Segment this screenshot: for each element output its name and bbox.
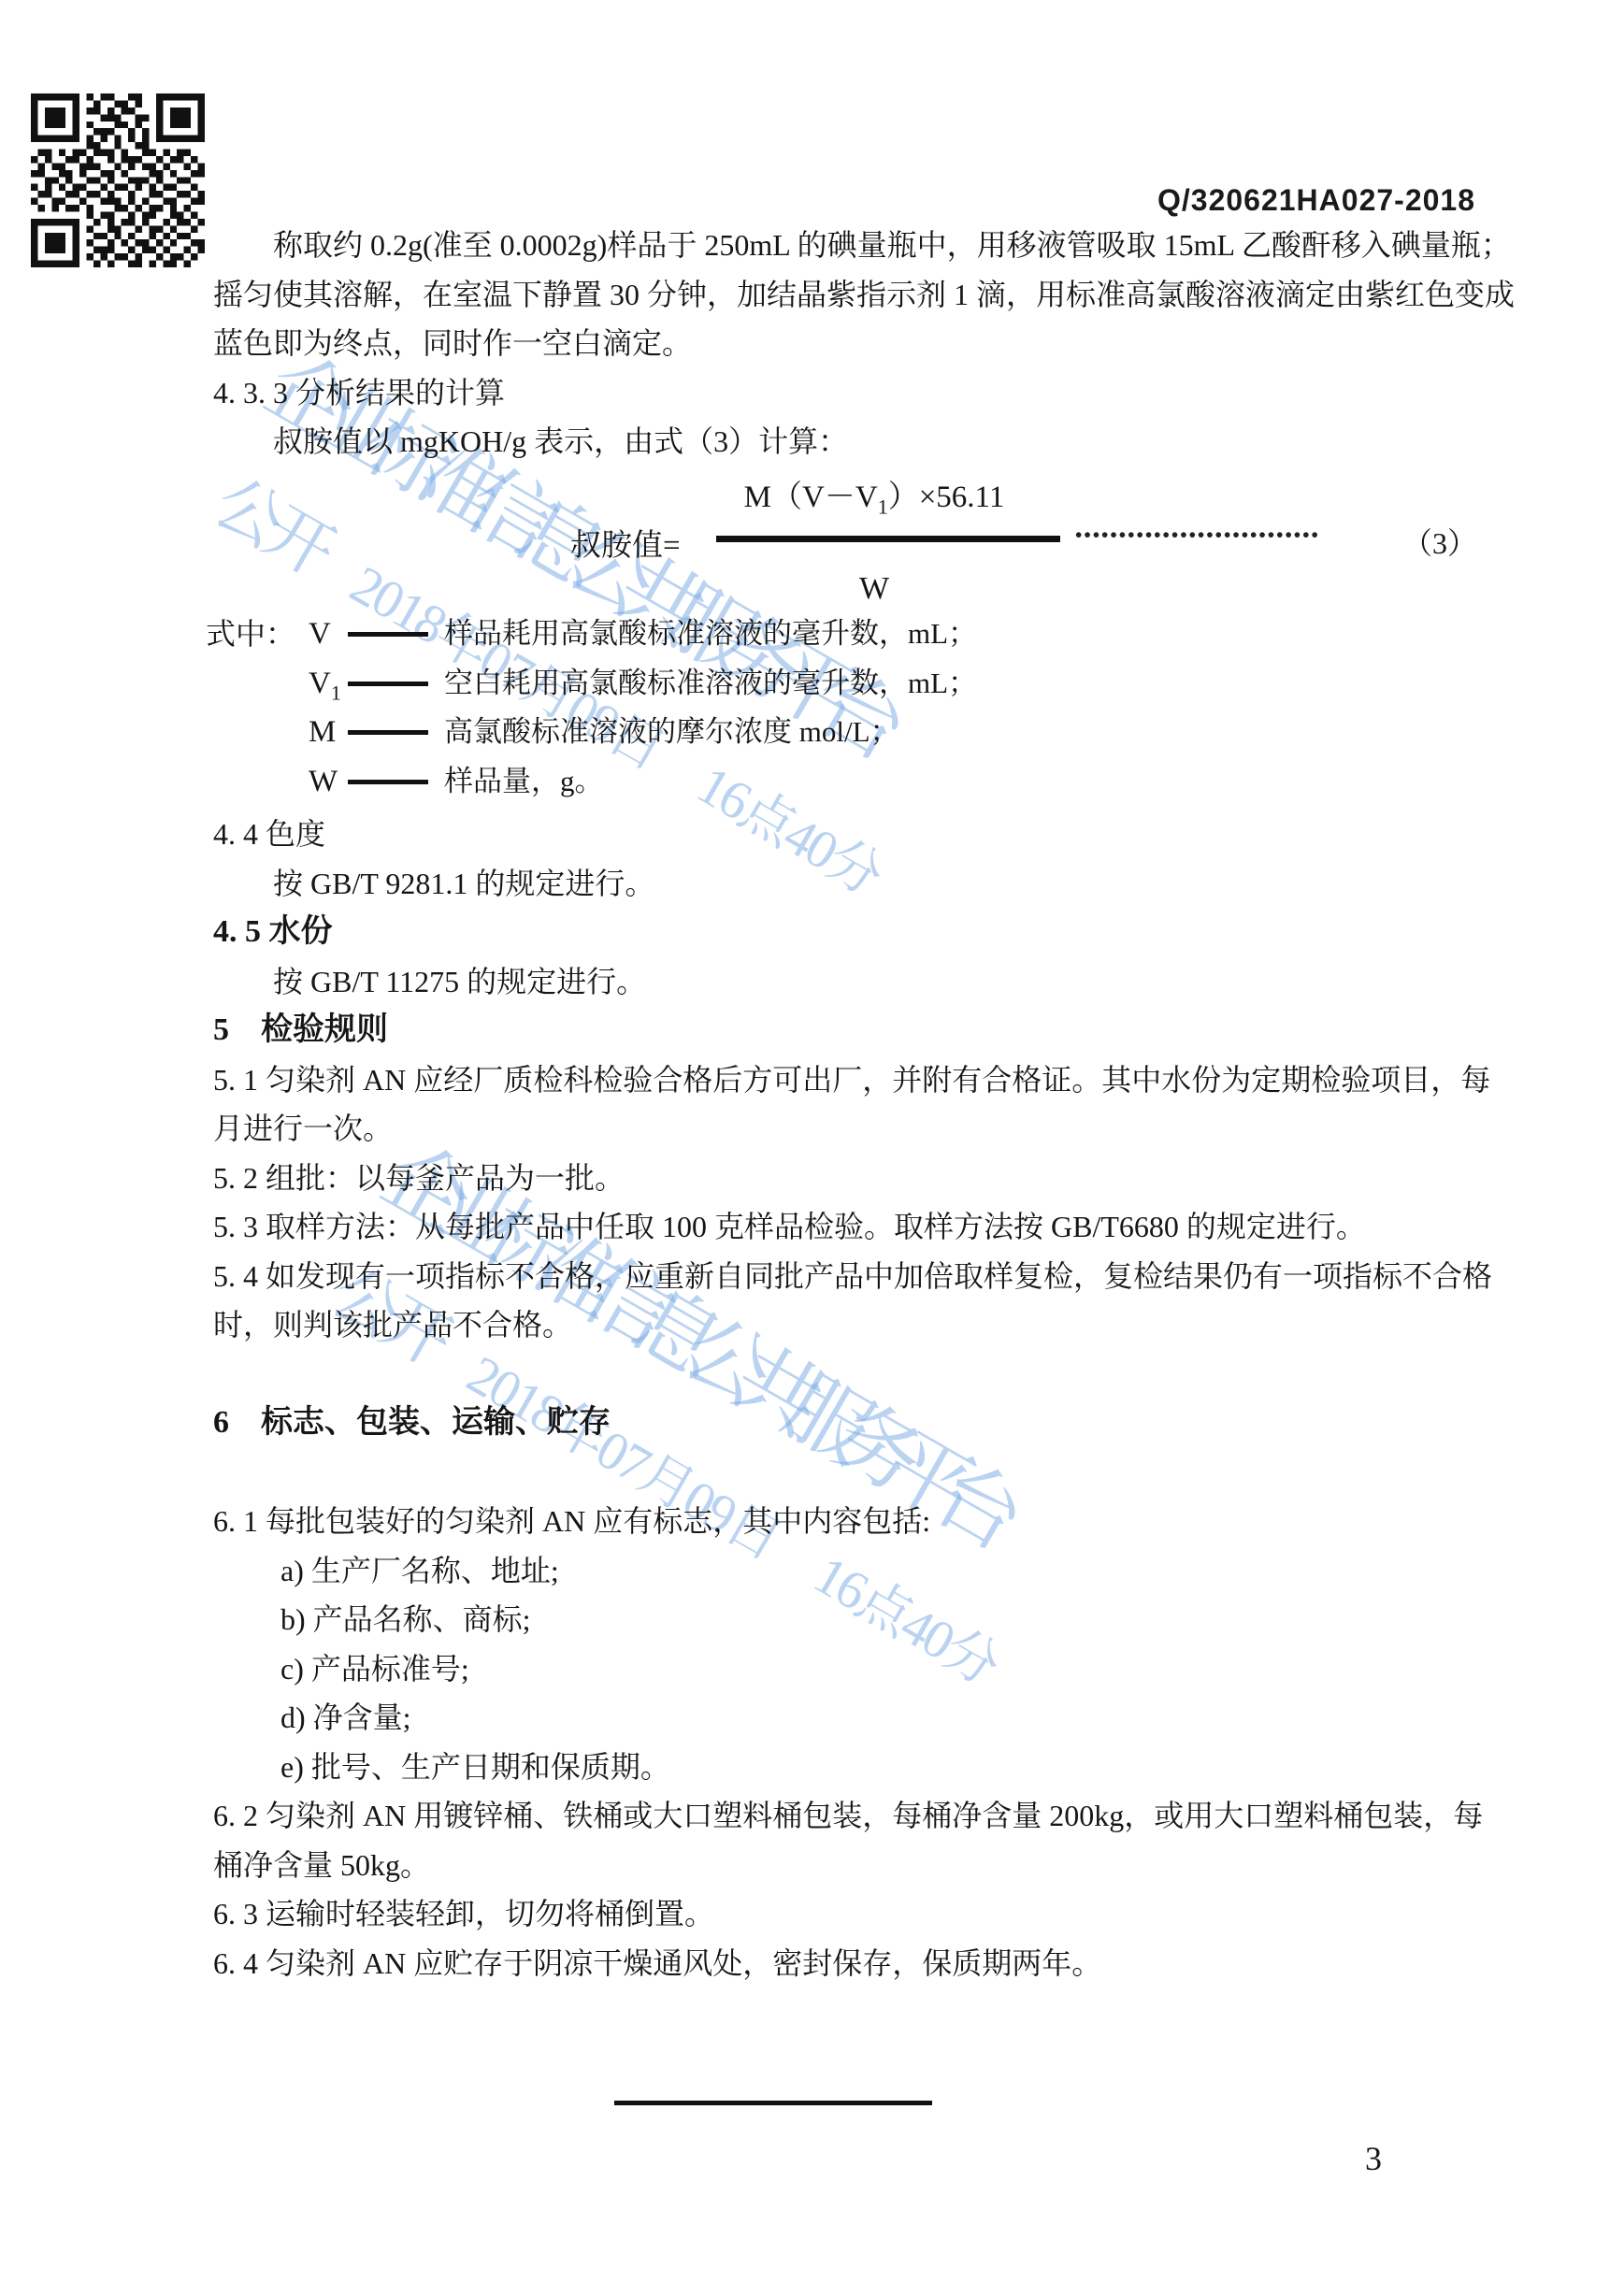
text-line: d) 净含量; <box>213 1693 1503 1743</box>
definition-desc: 空白耗用高氯酸标准溶液的毫升数，mL； <box>444 659 977 709</box>
text-line: 时，则判该批产品不合格。 <box>213 1300 1503 1350</box>
text-line: 蓝色即为终点，同时作一空白滴定。 <box>213 319 1503 368</box>
content-area: 称取约 0.2g(准至 0.0002g)样品于 250mL 的碘量瓶中，用移液管… <box>213 221 1503 1987</box>
blank-line <box>213 515 1503 565</box>
text-line: 叔胺值以 mgKOH/g 表示，由式（3）计算： <box>213 417 1503 466</box>
definition-symbol: M <box>309 708 336 757</box>
definition-row: W样品量，g。 <box>213 757 1503 807</box>
definition-symbol: V <box>309 610 331 659</box>
text-line: 5. 1 匀染剂 AN 应经厂质检科检验合格后方可出厂，并附有合格证。其中水份为… <box>213 1055 1503 1105</box>
definition-dash <box>348 730 428 735</box>
text-line: 4. 3. 3 分析结果的计算 <box>213 368 1503 418</box>
text-line: 6. 2 匀染剂 AN 用镀锌桶、铁桶或大口塑料桶包装，每桶净含量 200kg，… <box>213 1791 1503 1841</box>
footer-rule <box>614 2101 932 2105</box>
text-line: 5. 3 取样方法：从每批产品中任取 100 克样品检验。取样方法按 GB/T6… <box>213 1202 1503 1252</box>
text-line: 6. 1 每批包装好的匀染剂 AN 应有标志，其中内容包括: <box>213 1497 1503 1546</box>
text-line: 4. 5 水份 <box>213 908 1503 957</box>
text-line: 6. 4 匀染剂 AN 应贮存于阴凉干燥通风处，密封保存，保质期两年。 <box>213 1939 1503 1988</box>
definitions-block: 式中：V样品耗用高氯酸标准溶液的毫升数，mL；V1空白耗用高氯酸标准溶液的毫升数… <box>213 610 1503 806</box>
text-line: 按 GB/T 9281.1 的规定进行。 <box>213 859 1503 909</box>
text-line: 4. 4 色度 <box>213 810 1503 859</box>
text-line: 按 GB/T 11275 的规定进行。 <box>213 957 1503 1007</box>
definition-symbol: W <box>309 757 338 807</box>
text-line: 称取约 0.2g(准至 0.0002g)样品于 250mL 的碘量瓶中，用移液管… <box>213 221 1503 270</box>
subscript: 1 <box>331 681 341 704</box>
definition-row: V1空白耗用高氯酸标准溶液的毫升数，mL； <box>213 659 1503 709</box>
blank-line <box>213 1448 1503 1498</box>
text-line: e) 批号、生产日期和保质期。 <box>213 1743 1503 1792</box>
text-line: 摇匀使其溶解，在室温下静置 30 分钟，加结晶紫指示剂 1 滴，用标准高氯酸溶液… <box>213 270 1503 320</box>
definition-row: 式中：V样品耗用高氯酸标准溶液的毫升数，mL； <box>213 610 1503 659</box>
text-line: 桶净含量 50kg。 <box>213 1841 1503 1890</box>
definitions-intro: 式中： <box>206 610 295 659</box>
text-line: 6 标志、包装、运输、贮存 <box>213 1399 1503 1448</box>
blank-line <box>213 1350 1503 1399</box>
definition-desc: 样品耗用高氯酸标准溶液的毫升数，mL； <box>444 610 977 659</box>
qr-code <box>31 93 205 267</box>
page-number: 3 <box>1365 2139 1382 2178</box>
text-line: c) 产品标准号; <box>213 1644 1503 1694</box>
definition-desc: 高氯酸标准溶液的摩尔浓度 mol/L； <box>444 708 899 757</box>
blank-line <box>213 466 1503 516</box>
scanned-standard-page: { "header": { "doc_number": "Q/320621HA0… <box>0 0 1624 2296</box>
definition-desc: 样品量，g。 <box>444 757 604 807</box>
definition-row: M高氯酸标准溶液的摩尔浓度 mol/L； <box>213 708 1503 757</box>
text-line: 月进行一次。 <box>213 1104 1503 1154</box>
text-line: 6. 3 运输时轻装轻卸，切勿将桶倒置。 <box>213 1889 1503 1939</box>
definition-dash <box>348 632 428 637</box>
text-line: 5 检验规则 <box>213 1006 1503 1055</box>
text-line: 5. 4 如发现有一项指标不合格，应重新自同批产品中加倍取样复检，复检结果仍有一… <box>213 1252 1503 1301</box>
doc-number: Q/320621HA027-2018 <box>1157 183 1475 218</box>
text-line: 5. 2 组批：以每釜产品为一批。 <box>213 1154 1503 1203</box>
definition-dash <box>348 682 428 686</box>
definition-dash <box>348 780 428 784</box>
blank-line <box>213 565 1503 614</box>
text-line: b) 产品名称、商标; <box>213 1595 1503 1644</box>
text-line: a) 生产厂名称、地址; <box>213 1546 1503 1596</box>
